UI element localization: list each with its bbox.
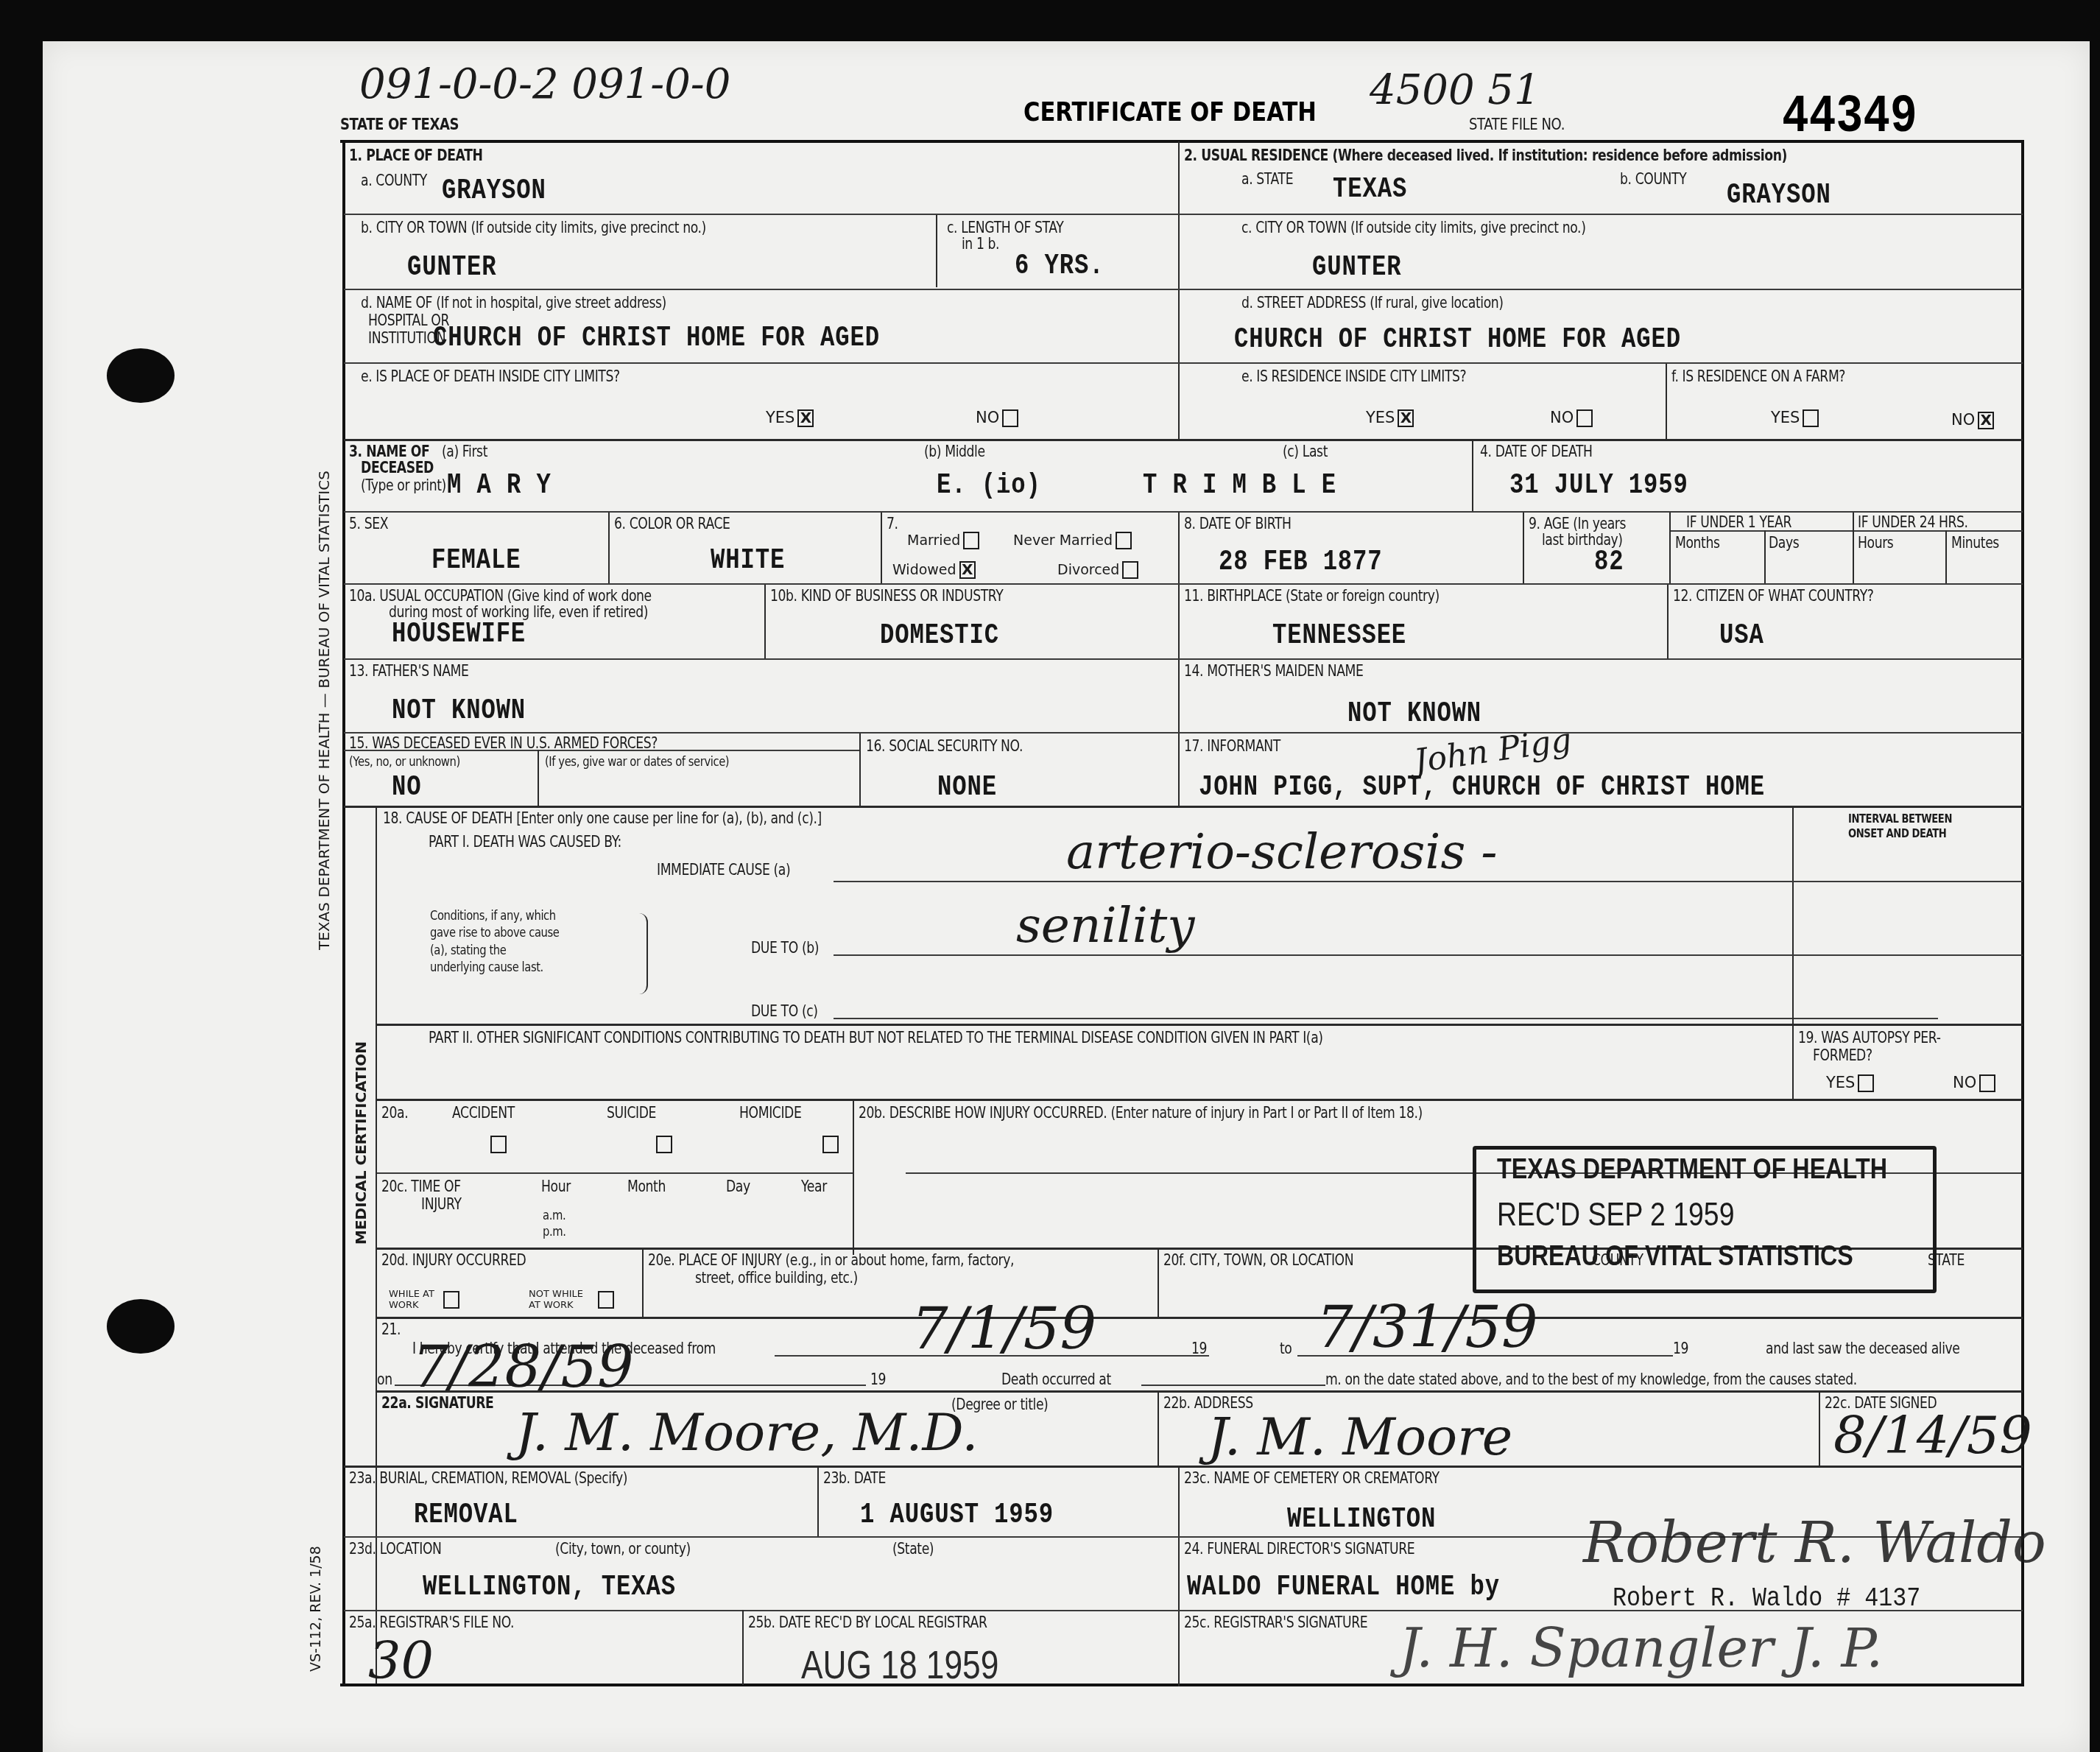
year-label: Year — [801, 1178, 827, 1195]
armed-forces-label: 15. WAS DECEASED EVER IN U.S. ARMED FORC… — [349, 735, 658, 751]
place-of-injury-label-1: 20e. PLACE OF INJURY (e.g., in or about … — [648, 1252, 1014, 1268]
while-at-work-label: WHILE AT WORK — [389, 1289, 440, 1311]
sex: FEMALE — [431, 545, 521, 577]
stamp-line-3: BUREAU OF VITAL STATISTICS — [1497, 1241, 1853, 1273]
checkbox-checked[interactable]: X — [1398, 409, 1414, 427]
divider — [1792, 954, 2023, 956]
divider — [344, 289, 1180, 290]
war-hint: (If yes, give war or dates of service) — [545, 756, 729, 770]
divider — [1671, 530, 2023, 532]
divider — [538, 750, 539, 807]
state-file-number: 44349 — [1782, 87, 1917, 147]
ssn-label: 16. SOCIAL SECURITY NO. — [866, 738, 1023, 754]
checkbox[interactable] — [1122, 561, 1138, 579]
pod-inside-yes[interactable]: YESX — [766, 409, 814, 427]
state-label: STATE OF TEXAS — [340, 116, 459, 133]
industry-label: 10b. KIND OF BUSINESS OR INDUSTRY — [770, 588, 1003, 604]
farm-yes[interactable]: YES — [1771, 409, 1819, 427]
frame-bottom — [340, 1684, 2023, 1686]
last-saw-text: and last saw the deceased alive — [1766, 1340, 1960, 1357]
occupation-label-2: during most of working life, even if ret… — [389, 604, 648, 620]
birthplace: TENNESSEE — [1272, 620, 1406, 652]
injury-occurred-label: 20d. INJURY OCCURRED — [381, 1252, 526, 1268]
divider — [377, 1317, 2023, 1319]
pod-city-label: b. CITY OR TOWN (If outside city limits,… — [361, 219, 706, 236]
burial-date-label: 23b. DATE — [823, 1470, 886, 1486]
nineteen-2: 19 — [1673, 1340, 1688, 1357]
physician-address: J. M. Moore — [1208, 1407, 1512, 1467]
first-name-label: (a) First — [442, 443, 487, 460]
divider — [1792, 807, 1794, 1025]
funeral-director-typed: Robert R. Waldo # 4137 — [1613, 1583, 1920, 1614]
cemetery-label: 23c. NAME OF CEMETERY OR CREMATORY — [1184, 1470, 1440, 1486]
marital-label: 7. — [887, 516, 898, 532]
divider — [1523, 513, 1524, 583]
mother-name: NOT KNOWN — [1347, 698, 1481, 730]
handwritten-codes: 091-0-0-2 091-0-0 — [359, 60, 730, 108]
pod-county-label: a. COUNTY — [361, 172, 427, 189]
am-label: a.m. — [543, 1209, 565, 1223]
attended-from-date: 7/1/59 — [912, 1296, 1096, 1362]
interval-label-2: ONSET AND DEATH — [1848, 828, 1946, 840]
stay-label-1: c. LENGTH OF STAY — [947, 219, 1063, 236]
hospital-name: CHURCH OF CHRIST HOME FOR AGED — [433, 323, 880, 354]
widowed-label: Widowed — [892, 562, 956, 578]
divider — [1669, 513, 1671, 583]
frame-top — [340, 140, 2023, 143]
marital-widowed[interactable]: WidowedX — [892, 561, 976, 579]
divider — [936, 215, 937, 287]
autopsy-yes[interactable]: YES — [1826, 1074, 1874, 1092]
divider — [344, 806, 2023, 808]
yes-label: YES — [1771, 409, 1800, 426]
industry: DOMESTIC — [880, 620, 999, 652]
stamp-line-1: TEXAS DEPARTMENT OF HEALTH — [1497, 1154, 1887, 1186]
no-label: NO — [1951, 411, 1975, 429]
divider — [377, 1390, 2023, 1393]
checkbox[interactable] — [1576, 409, 1593, 427]
divider — [344, 439, 2023, 441]
checkbox[interactable] — [1858, 1074, 1874, 1092]
farm-no[interactable]: NOX — [1951, 411, 1994, 429]
location-city-hint: (City, town, or county) — [555, 1541, 691, 1557]
no-label: NO — [1550, 409, 1574, 426]
divider — [344, 1610, 2023, 1611]
first-name: M A R Y — [447, 470, 552, 502]
describe-injury-label: 20b. DESCRIBE HOW INJURY OCCURRED. (Ente… — [859, 1105, 1423, 1121]
divider — [344, 511, 2023, 513]
due-to-c-label: DUE TO (c) — [751, 1003, 818, 1019]
registrar-file-number: 30 — [368, 1630, 434, 1691]
divider — [1819, 1390, 1820, 1466]
divider — [1178, 660, 1180, 732]
divider — [1667, 585, 1669, 658]
pod-county: GRAYSON — [442, 175, 546, 207]
father-label: 13. FATHER'S NAME — [349, 663, 469, 679]
father-name: NOT KNOWN — [392, 695, 526, 727]
suicide-label: SUICIDE — [607, 1105, 656, 1121]
divider — [377, 1172, 853, 1174]
yes-label: YES — [1366, 409, 1395, 426]
accident-label: ACCIDENT — [452, 1105, 515, 1121]
accident-checkbox[interactable] — [490, 1136, 507, 1153]
nineteen-1: 19 — [1191, 1340, 1207, 1357]
res-county-label: b. COUNTY — [1620, 171, 1686, 187]
last-name: T R I M B L E — [1143, 470, 1336, 502]
pod-inside-no[interactable]: NO — [976, 409, 1018, 427]
informant: JOHN PIGG, SUPT, CHURCH OF CHRIST HOME — [1199, 772, 1765, 803]
name-label-3: (Type or print) — [361, 477, 446, 493]
immediate-cause-label: IMMEDIATE CAUSE (a) — [657, 862, 790, 878]
checkbox[interactable] — [443, 1291, 459, 1309]
handwritten-number: 4500 51 — [1370, 66, 1540, 114]
length-of-stay: 6 YRS. — [1015, 250, 1104, 282]
physician-signature: J. M. Moore, M.D. — [515, 1402, 978, 1463]
divider — [817, 1466, 819, 1538]
divorced-label: Divorced — [1057, 562, 1119, 578]
middle-name-label: (b) Middle — [924, 443, 985, 460]
pod-inside-limits-label: e. IS PLACE OF DEATH INSIDE CITY LIMITS? — [361, 368, 620, 384]
pod-city: GUNTER — [407, 252, 496, 284]
age-label-2: last birthday) — [1542, 532, 1623, 548]
homicide-checkbox[interactable] — [822, 1136, 839, 1153]
divider — [344, 658, 2023, 660]
divider — [1472, 440, 1473, 511]
yes-no-hint: (Yes, no, or unknown) — [349, 756, 460, 770]
part2-label: PART II. OTHER SIGNIFICANT CONDITIONS CO… — [429, 1030, 1323, 1046]
date-of-death: 31 JULY 1959 — [1509, 470, 1688, 502]
burial-label: 23a. BURIAL, CREMATION, REMOVAL (Specify… — [349, 1470, 627, 1486]
res-city-label: c. CITY OR TOWN (If outside city limits,… — [1241, 219, 1585, 236]
date-of-death-label: 4. DATE OF DEATH — [1480, 443, 1593, 460]
date-signed: 8/14/59 — [1833, 1405, 2032, 1466]
divider — [1945, 530, 1947, 583]
punch-hole — [107, 348, 175, 403]
marital-married[interactable]: Married — [907, 532, 979, 549]
signature-label: 22a. SIGNATURE — [381, 1395, 493, 1411]
days-label: Days — [1769, 535, 1799, 551]
funeral-director-label: 24. FUNERAL DIRECTOR'S SIGNATURE — [1184, 1541, 1414, 1557]
divider — [1178, 513, 1180, 583]
no-label: NO — [976, 409, 999, 426]
received-stamp: TEXAS DEPARTMENT OF HEALTH REC'D SEP 2 1… — [1473, 1146, 1937, 1293]
res-inside-limits-label: e. IS RESIDENCE INSIDE CITY LIMITS? — [1241, 368, 1466, 384]
label-21: 21. — [381, 1321, 401, 1337]
immediate-cause-line — [834, 881, 1938, 882]
citizen: USA — [1719, 620, 1764, 652]
checkbox[interactable] — [1002, 409, 1018, 427]
time-of-injury-label-1: 20c. TIME OF — [381, 1178, 461, 1195]
hours-label: Hours — [1858, 535, 1893, 551]
homicide-label: HOMICIDE — [739, 1105, 801, 1121]
divider — [742, 1610, 744, 1685]
divider — [1764, 530, 1766, 583]
informant-label: 17. INFORMANT — [1184, 738, 1280, 754]
checkbox[interactable] — [598, 1291, 614, 1309]
bracket — [639, 913, 648, 994]
time-of-injury-label-2: INJURY — [421, 1196, 462, 1212]
race: WHITE — [711, 545, 785, 577]
birthplace-label: 11. BIRTHPLACE (State or foreign country… — [1184, 588, 1440, 604]
checkbox[interactable] — [1979, 1074, 1995, 1092]
agency-margin-text: TEXAS DEPARTMENT OF HEALTH — BUREAU OF V… — [315, 471, 333, 950]
no-label: NO — [1953, 1074, 1976, 1091]
divider — [1158, 1248, 1159, 1318]
attended-to-date: 7/31/59 — [1317, 1295, 1538, 1361]
checkbox-checked[interactable]: X — [1978, 412, 1994, 429]
divider — [1180, 214, 2023, 215]
marital-never-married[interactable]: Never Married — [1013, 532, 1132, 549]
burial-location: WELLINGTON, TEXAS — [423, 1572, 676, 1603]
divider — [344, 750, 859, 751]
suicide-checkbox[interactable] — [656, 1136, 672, 1153]
divider — [853, 1099, 854, 1255]
due-to-b-line — [834, 954, 1938, 956]
divider — [377, 1024, 2023, 1026]
state-file-label: STATE FILE NO. — [1469, 116, 1565, 133]
burial-date: 1 AUGUST 1959 — [860, 1499, 1054, 1531]
yes-label: YES — [1826, 1074, 1855, 1091]
divider — [344, 1466, 2023, 1468]
divider — [642, 1248, 644, 1318]
divider — [1853, 513, 1854, 583]
divider — [1792, 881, 2023, 882]
hour-label: Hour — [541, 1178, 571, 1195]
pm-label: p.m. — [543, 1225, 565, 1239]
divider — [764, 585, 766, 658]
divider — [1178, 733, 1180, 807]
res-inside-no[interactable]: NO — [1550, 409, 1593, 427]
registrar-signature-label: 25c. REGISTRAR'S SIGNATURE — [1184, 1614, 1367, 1630]
place-of-injury-label-2: street, office building, etc.) — [695, 1270, 858, 1286]
citizen-label: 12. CITIZEN OF WHAT COUNTRY? — [1673, 588, 1874, 604]
divider — [608, 513, 610, 583]
injury-city-label: 20f. CITY, TOWN, OR LOCATION — [1163, 1252, 1353, 1268]
hospital-label-1: d. NAME OF (If not in hospital, give str… — [361, 295, 666, 311]
not-while-at-work-label: NOT WHILE AT WORK — [529, 1289, 595, 1311]
divider — [1178, 1466, 1180, 1686]
death-occurred-label: Death occurred at — [1001, 1371, 1111, 1387]
interval-label-1: INTERVAL BETWEEN — [1848, 813, 1952, 826]
checkbox-checked[interactable]: X — [797, 409, 814, 427]
registrar-file-label: 25a. REGISTRAR'S FILE NO. — [349, 1614, 514, 1630]
due-to-b: senility — [1016, 897, 1195, 954]
divider — [1792, 1024, 1794, 1100]
age: 82 — [1594, 546, 1624, 578]
res-county: GRAYSON — [1727, 180, 1831, 211]
mother-label: 14. MOTHER'S MAIDEN NAME — [1184, 663, 1364, 679]
stay-label-2: in 1 b. — [962, 236, 999, 252]
checkbox[interactable] — [1116, 532, 1132, 549]
race-label: 6. COLOR OR RACE — [614, 516, 730, 532]
place-of-death-label: 1. PLACE OF DEATH — [349, 147, 482, 163]
divider — [344, 583, 2023, 585]
certificate-title: CERTIFICATE OF DEATH — [1023, 97, 1317, 127]
cemetery: WELLINGTON — [1287, 1504, 1436, 1535]
divider — [1180, 362, 2023, 364]
name-label-1: 3. NAME OF — [349, 443, 429, 460]
frame-left — [342, 140, 345, 1686]
occupation-label-1: 10a. USUAL OCCUPATION (Give kind of work… — [349, 588, 652, 604]
divider — [1180, 289, 2023, 290]
divider — [859, 733, 861, 807]
divider — [1158, 1390, 1159, 1466]
divider — [1666, 364, 1667, 440]
divider — [344, 732, 2023, 733]
autopsy-label-1: 19. WAS AUTOPSY PER- — [1798, 1030, 1940, 1046]
checkbox[interactable] — [1803, 409, 1819, 427]
married-label: Married — [907, 532, 960, 549]
death-time-line — [1141, 1385, 1325, 1386]
registrar-date-label: 25b. DATE REC'D BY LOCAL REGISTRAR — [748, 1614, 987, 1630]
certify-text-3: m. on the date stated above, and to the … — [1325, 1371, 1857, 1387]
farm-label: f. IS RESIDENCE ON A FARM? — [1671, 368, 1845, 384]
occupation: HOUSEWIFE — [392, 619, 526, 650]
dob-label: 8. DATE OF BIRTH — [1184, 516, 1292, 532]
under-24-hrs-label: IF UNDER 24 HRS. — [1858, 514, 1968, 530]
res-city: GUNTER — [1312, 252, 1401, 284]
punch-hole — [107, 1299, 175, 1354]
form-id: VS-112, REV. 1/58 — [308, 1546, 324, 1672]
nineteen-3: 19 — [870, 1371, 886, 1387]
usual-residence-label: 2. USUAL RESIDENCE (Where deceased lived… — [1184, 147, 1787, 163]
last-name-label: (c) Last — [1283, 443, 1328, 460]
on-label: on — [377, 1371, 392, 1387]
age-label-1: 9. AGE (In years — [1529, 516, 1626, 532]
res-state: TEXAS — [1333, 174, 1407, 205]
checkbox[interactable] — [963, 532, 979, 549]
under-1-year-label: IF UNDER 1 YEAR — [1686, 514, 1791, 530]
divider — [344, 214, 1180, 215]
registrar-date: AUG 18 1959 — [801, 1642, 998, 1688]
day-label: Day — [726, 1178, 750, 1195]
due-to-b-label: DUE TO (b) — [751, 940, 819, 956]
checkbox-checked[interactable]: X — [959, 561, 976, 579]
location-label: 23d. LOCATION — [349, 1541, 441, 1557]
part1-label: PART I. DEATH WAS CAUSED BY: — [429, 834, 621, 850]
date-of-birth: 28 FEB 1877 — [1219, 546, 1383, 578]
res-street-label: d. STREET ADDRESS (If rural, give locati… — [1241, 295, 1504, 311]
armed-forces: NO — [392, 772, 421, 803]
to-label: to — [1280, 1340, 1292, 1357]
label-20a: 20a. — [381, 1105, 408, 1121]
cause-label: 18. CAUSE OF DEATH [Enter only one cause… — [383, 810, 822, 826]
name-label-2: DECEASED — [361, 460, 434, 476]
month-label: Month — [627, 1178, 666, 1195]
while-at-work[interactable]: WHILE AT WORK — [389, 1289, 459, 1311]
immediate-cause: arterio-sclerosis - — [1066, 823, 1498, 880]
divider — [1178, 585, 1180, 658]
months-label: Months — [1675, 535, 1719, 551]
registrar-signature: J. H. Spangler J. P. — [1399, 1617, 1883, 1679]
minutes-label: Minutes — [1951, 535, 1999, 551]
conditions-note: Conditions, if any, which gave rise to a… — [430, 907, 563, 977]
res-street: CHURCH OF CHRIST HOME FOR AGED — [1234, 324, 1681, 356]
divider — [1178, 141, 1180, 440]
burial-type: REMOVAL — [414, 1499, 518, 1531]
due-to-c-line — [834, 1018, 1938, 1019]
res-inside-yes[interactable]: YESX — [1366, 409, 1414, 427]
middle-name: E. (io) — [937, 470, 1041, 502]
ssn: NONE — [937, 772, 997, 803]
stamp-line-2: REC'D SEP 2 1959 — [1497, 1197, 1734, 1234]
medical-certification-margin-text: MEDICAL CERTIFICATION — [352, 1041, 370, 1245]
funeral-director-signature: Robert R. Waldo — [1583, 1510, 2046, 1575]
never-married-label: Never Married — [1013, 532, 1113, 549]
autopsy-label-2: FORMED? — [1813, 1047, 1872, 1063]
not-while-at-work[interactable]: NOT WHILE AT WORK — [529, 1289, 614, 1311]
location-state-hint: (State) — [892, 1541, 934, 1557]
funeral-home: WALDO FUNERAL HOME by — [1187, 1572, 1500, 1603]
divider — [344, 362, 1180, 364]
yes-label: YES — [766, 409, 794, 426]
autopsy-no[interactable]: NO — [1953, 1074, 1995, 1092]
res-state-label: a. STATE — [1241, 171, 1293, 187]
divider — [881, 513, 882, 583]
divider — [377, 1099, 2023, 1101]
sex-label: 5. SEX — [349, 516, 388, 532]
marital-divorced[interactable]: Divorced — [1057, 561, 1138, 579]
